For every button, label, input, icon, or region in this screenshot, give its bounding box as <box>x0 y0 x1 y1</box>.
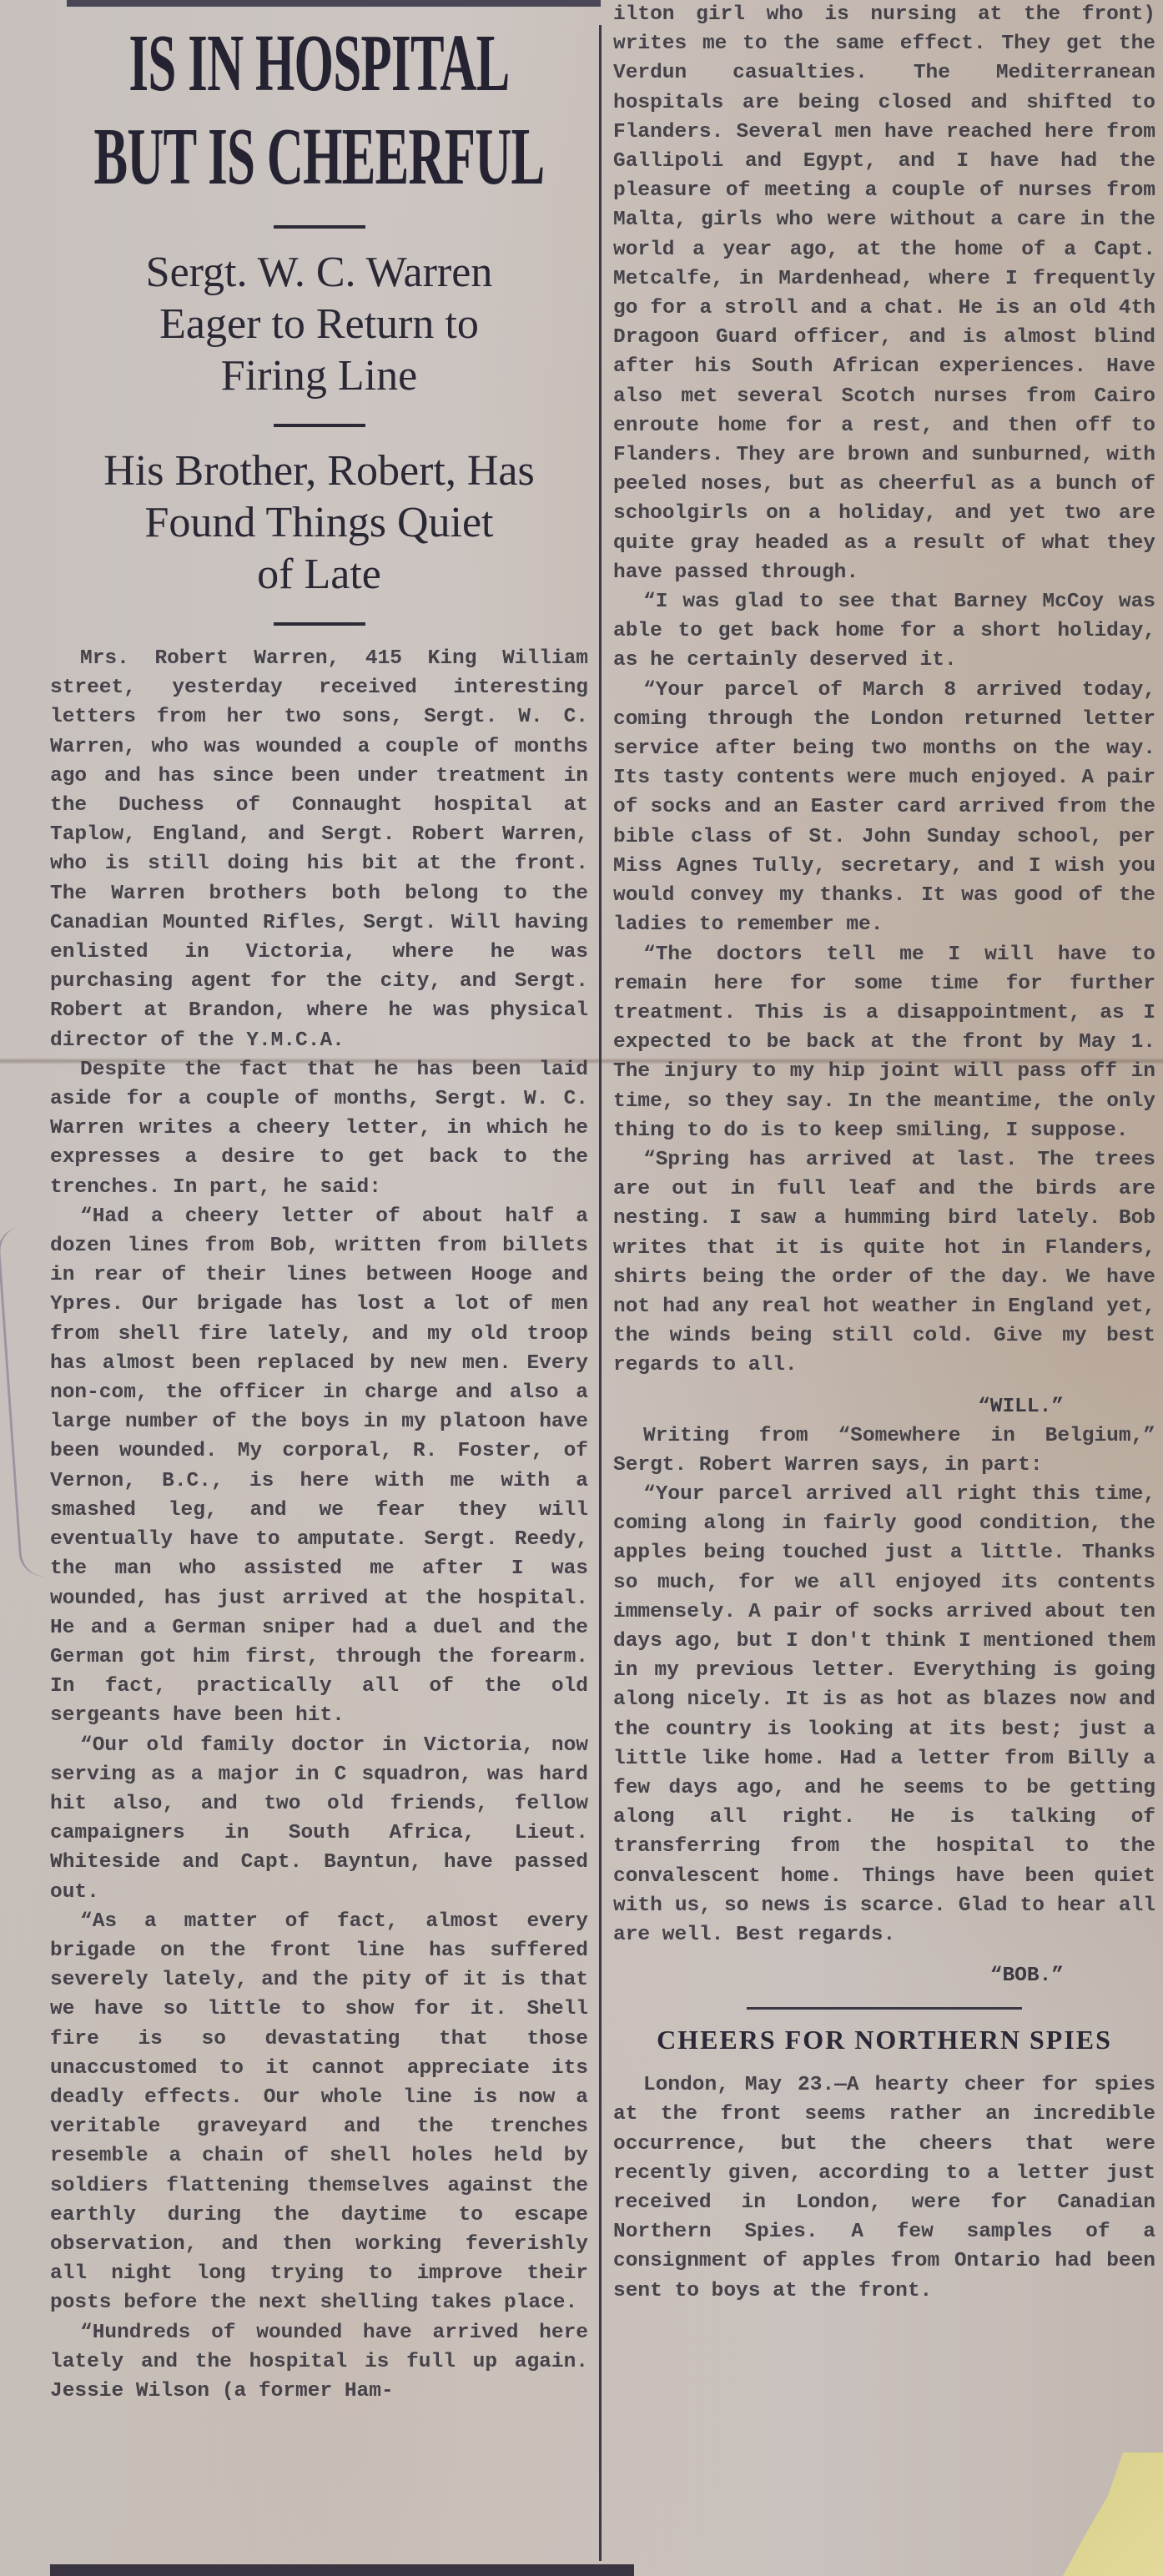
paragraph: “Your parcel arrived all right this time… <box>613 1480 1155 1950</box>
deck-two-line-3: of Late <box>50 549 588 601</box>
sidebar-headline: CHEERS FOR NORTHERN SPIES <box>613 2025 1155 2055</box>
headline-line-2: BUT IS CHEERFUL <box>54 110 585 204</box>
section-rule <box>747 2007 1022 2010</box>
signature-bob: “BOB.” <box>613 1965 1155 1987</box>
deck-two-line-1: His Brother, Robert, Has <box>50 445 588 497</box>
headline-line-1: IS IN HOSPITAL <box>54 17 585 110</box>
paragraph: “Spring has arrived at last. The trees a… <box>613 1145 1155 1381</box>
bottom-border-rule <box>50 2564 634 2576</box>
deck-two-line-2: Found Things Quiet <box>50 497 588 549</box>
paragraph: Despite the fact that he has been laid a… <box>50 1055 588 1202</box>
deck-one-line-1: Sergt. W. C. Warren <box>50 247 588 299</box>
top-border-rule <box>67 0 601 7</box>
article-body-right: ilton girl who is nursing at the front) … <box>613 0 1155 1381</box>
deck-one-line-2: Eager to Return to <box>50 299 588 350</box>
paragraph: “Our old family doctor in Victoria, now … <box>50 1731 588 1907</box>
headline-rule <box>274 225 365 229</box>
deck-rule-2 <box>274 622 365 626</box>
deck-one-line-3: Firing Line <box>50 350 588 402</box>
paragraph: “Your parcel of March 8 arrived today, c… <box>613 676 1155 940</box>
paragraph: “Had a cheery letter of about half a doz… <box>50 1202 588 1731</box>
deck-rule-1 <box>274 424 365 427</box>
sidebar-body: London, May 23.—A hearty cheer for spies… <box>613 2070 1155 2306</box>
column-divider <box>599 25 602 2561</box>
signature-will: “WILL.” <box>613 1396 1155 1418</box>
article-body-right-2: Writing from “Somewhere in Belgium,” Ser… <box>613 1421 1155 1950</box>
paragraph: Writing from “Somewhere in Belgium,” Ser… <box>613 1421 1155 1480</box>
deck-one: Sergt. W. C. Warren Eager to Return to F… <box>50 247 588 402</box>
right-column: ilton girl who is nursing at the front) … <box>613 0 1155 2306</box>
paragraph: “The doctors tell me I will have to rema… <box>613 940 1155 1145</box>
paragraph: “I was glad to see that Barney McCoy was… <box>613 587 1155 676</box>
paragraph: Mrs. Robert Warren, 415 King William str… <box>50 644 588 1055</box>
article-body-left: Mrs. Robert Warren, 415 King William str… <box>50 644 588 2406</box>
paragraph: “Hundreds of wounded have arrived here l… <box>50 2318 588 2407</box>
paragraph: ilton girl who is nursing at the front) … <box>613 0 1155 587</box>
paragraph: London, May 23.—A hearty cheer for spies… <box>613 2070 1155 2306</box>
paragraph: “As a matter of fact, almost every briga… <box>50 1907 588 2318</box>
left-column: IS IN HOSPITAL BUT IS CHEERFUL Sergt. W.… <box>50 17 588 2406</box>
deck-two: His Brother, Robert, Has Found Things Qu… <box>50 445 588 601</box>
